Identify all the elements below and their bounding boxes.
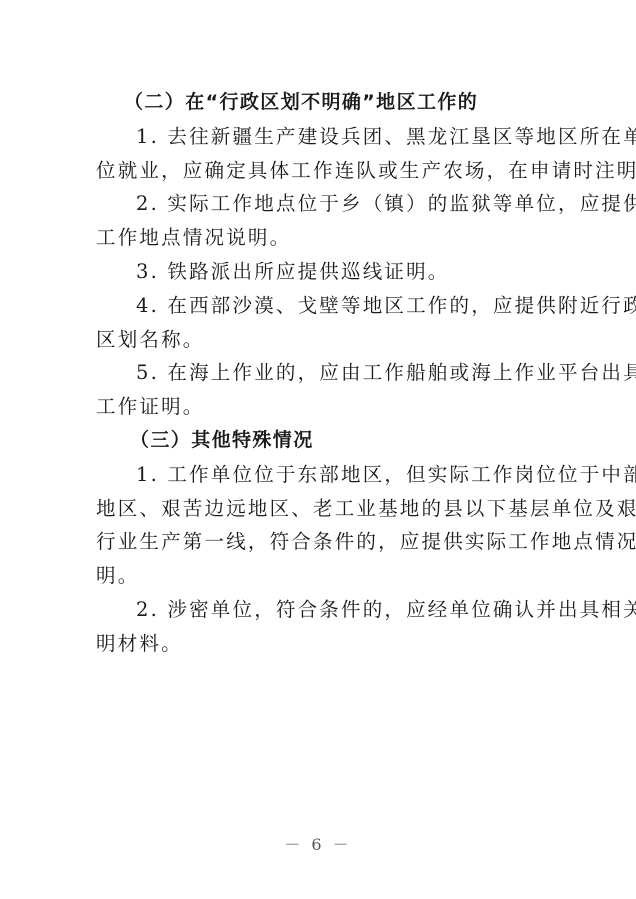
paragraph-line: 地区、艰苦边远地区、老工业基地的县以下基层单位及艰苦 <box>96 492 542 526</box>
paragraph-line: 工作地点情况说明。 <box>96 221 542 255</box>
document-page: （二）在“行政区划不明确”地区工作的 1. 去往新疆生产建设兵团、黑龙江垦区等地… <box>96 86 542 661</box>
section-heading-2: （二）在“行政区划不明确”地区工作的 <box>96 86 542 120</box>
section-2-item-4: 4. 在西部沙漠、戈壁等地区工作的，应提供附近行政 区划名称。 <box>96 289 542 357</box>
paragraph-line: 2. 涉密单位，符合条件的，应经单位确认并出具相关证 <box>96 593 542 627</box>
section-heading-3: （三）其他特殊情况 <box>96 424 542 458</box>
paragraph-line: 工作证明。 <box>96 390 542 424</box>
paragraph-line: 1. 工作单位位于东部地区，但实际工作岗位位于中部 <box>96 458 542 492</box>
paragraph-line: 1. 去往新疆生产建设兵团、黑龙江垦区等地区所在单 <box>96 120 542 154</box>
section-3-item-1: 1. 工作单位位于东部地区，但实际工作岗位位于中部 地区、艰苦边远地区、老工业基… <box>96 458 542 593</box>
paragraph-line: 区划名称。 <box>96 323 542 357</box>
section-2-item-5: 5. 在海上作业的，应由工作船舶或海上作业平台出具 工作证明。 <box>96 356 542 424</box>
page-number: － 6 － <box>0 832 636 855</box>
section-2-item-2: 2. 实际工作地点位于乡（镇）的监狱等单位，应提供 工作地点情况说明。 <box>96 187 542 255</box>
paragraph-line: 位就业，应确定具体工作连队或生产农场，在申请时注明。 <box>96 154 542 188</box>
section-2-item-1: 1. 去往新疆生产建设兵团、黑龙江垦区等地区所在单 位就业，应确定具体工作连队或… <box>96 120 542 188</box>
paragraph-line: 行业生产第一线，符合条件的，应提供实际工作地点情况说 <box>96 525 542 559</box>
paragraph-line: 4. 在西部沙漠、戈壁等地区工作的，应提供附近行政 <box>96 289 542 323</box>
paragraph-line: 2. 实际工作地点位于乡（镇）的监狱等单位，应提供 <box>96 187 542 221</box>
section-3-item-2: 2. 涉密单位，符合条件的，应经单位确认并出具相关证 明材料。 <box>96 593 542 661</box>
paragraph-line: 明材料。 <box>96 627 542 661</box>
paragraph-line: 5. 在海上作业的，应由工作船舶或海上作业平台出具 <box>96 356 542 390</box>
section-2-item-3: 3. 铁路派出所应提供巡线证明。 <box>96 255 542 289</box>
paragraph-line: 3. 铁路派出所应提供巡线证明。 <box>96 255 542 289</box>
paragraph-line: 明。 <box>96 559 542 593</box>
